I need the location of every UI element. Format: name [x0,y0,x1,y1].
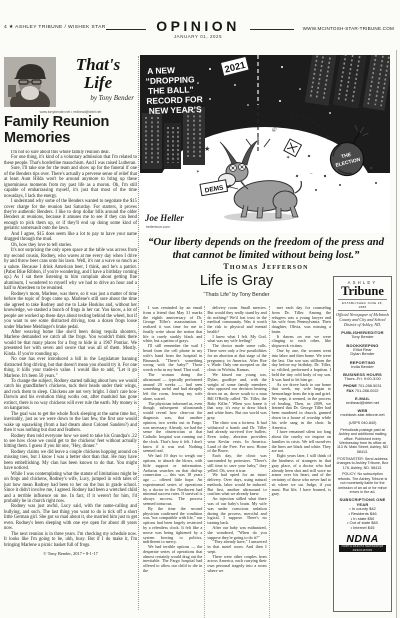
article-column-1: I was reminded by an email from a friend… [141,306,204,618]
second-article-body: I was reminded by an email from a friend… [141,306,333,618]
email-value: redhead@drtel.net [336,401,389,406]
editorial-cartoon: A NEW “DROPPING THE BALL” RECORD FOR NEW… [140,55,390,233]
svg-text:✶: ✶ [286,155,290,161]
second-article-headline: Life is Gray [140,273,333,289]
second-article-subtitle: “Thats Life” by Tony Bender [140,292,333,298]
masthead-name: Tribune [336,285,389,298]
phone-number: 701-288-5031 [358,384,382,388]
article-paragraph: Eight years later, I still think of the … [272,454,331,497]
article-copyright: © Tony Bender, 2017 • 8-1-17 [4,551,137,556]
website-url: WWW.MCINTOSH-STAR-TRIBUNE.COM [298,26,394,31]
article-paragraph: After weaving home like she'd been doing… [4,330,137,357]
ndna-logo: NDNA [336,534,389,544]
article-paragraph: To change the subject, Rodney started ta… [4,379,137,412]
masthead-established: ESTABLISHED JUNE 28, 1888 [338,299,387,311]
svg-text:✶: ✶ [196,169,200,174]
article-paragraph: The woman doing the ultrasound — typical… [143,373,202,402]
column-logo: That's Life by Tony Bender [58,56,138,102]
bookkeeper-name: Dylan Bender [336,352,389,357]
article-paragraph: It's not surprising the only open space … [4,248,137,292]
quote-attribution: Thomas Jefferson [141,262,391,271]
column-title-line2: Life [58,74,138,92]
article-paragraph: There were other couples from across Ame… [207,555,266,574]
article-body: I'm not so sure about this whole family … [4,150,137,608]
header-rule-left [106,29,146,30]
page-header-left: 4 ★ ASHLEY TRIBUNE / WISHEK STAR [4,24,106,30]
policy-notice: POLICY: No subscription refunds. The Ash… [336,472,389,494]
newspaper-page: 4 ★ ASHLEY TRIBUNE / WISHEK STAR OPINION… [0,0,400,618]
article-paragraph: I was reminded by an email from a friend… [143,306,202,344]
article-paragraph: met each day for counseling from Dr. Til… [272,306,331,335]
web-value: mcintosh-star-tribune.net [336,413,389,418]
article-paragraph: The physician informed us, even though s… [143,402,202,455]
subscription-rate: • Internet $45 [336,526,389,531]
article-paragraph: I have remained silent too long about th… [272,430,331,454]
column-title-line1: That's [58,56,138,74]
article-paragraph: The next reunion is in three years. I'm … [4,532,137,548]
article-paragraph: An injection stilled what there was of o… [207,497,266,526]
svg-text:★: ★ [204,145,210,153]
article-headline: Family Reunion Memories [4,115,137,146]
ndna-logo-subtext: NORTH DAKOTA NEWSPAPER ASSOCIATION [339,545,386,552]
periodicals-notice: Periodicals postage paid at Ashley and a… [336,428,389,454]
article-paragraph: We kissed our young son, Dylan, goodbye … [207,373,266,421]
header-rule-right [250,29,294,30]
column-byline: by Tony Bender [58,94,138,102]
fax-line: FAX 701-288-0022 [336,389,389,394]
article-paragraph: I understand why some of the Benders wan… [4,199,137,232]
article-paragraph: No one has ever introduced a bill in the… [4,357,137,379]
article-paragraph: As we drove back to our home that week, … [272,383,331,431]
article-paragraph: The doctor made some calls. There were o… [207,344,266,373]
article-paragraph: Rodney's mom, Marlene, was there, so it … [4,292,137,330]
article-paragraph: We had 10 days to weigh our options, to … [143,454,202,507]
article-paragraph: We had terrible options — the desperate … [143,545,202,574]
article-paragraph: By the time the second physician confirm… [143,507,202,545]
article-column-2: delivery room. Small mercies. But would … [204,306,268,618]
usps-number: (USPS 040-840) [336,421,389,426]
article-paragraph: The goal was to get the whole flock slee… [4,412,137,434]
cartoonist-signature: Joe Heller [144,213,184,223]
article-paragraph: We had opted for an intact delivery. Ove… [207,473,266,497]
reporter-name: India Bender [336,365,389,370]
article-column-3: met each day for counseling from Dr. Til… [269,306,333,618]
hours-value: Thurs.-Fri. 9:00-3:00 [336,377,389,382]
article-paragraph: Rodney was just awful, Lucy said, with t… [4,504,137,531]
columnist-photo-image [4,57,56,107]
quote-text: “Our liberty depends on the freedom of t… [141,236,391,261]
svg-text:@: @ [272,128,277,133]
issue-date: JANUARY 01, 2025 [150,34,246,39]
postmaster-notice: POSTMASTER: Send address changes to Ashl… [336,457,389,470]
article-paragraph: Sure, I'll take one for the team and sho… [4,166,137,199]
pull-quote: “Our liberty depends on the freedom of t… [141,236,391,271]
article-paragraph: It dawns on me we were clinging to each … [272,335,331,349]
article-paragraph: After our baby was euthanized, she wonde… [207,526,266,540]
article-paragraph: While I was contemplating what the statu… [4,472,137,505]
article-paragraph: Rodney then told everyone how we used to… [4,434,137,450]
fax-number: 701-288-0022 [355,389,379,393]
article-paragraph: The clinic was a fortress. It had withst… [207,421,266,454]
article-paragraph: Each day, the clinic was surrounded by p… [207,454,266,473]
article-paragraph: Rodney claims we did leave a couple chic… [4,450,137,472]
cartoon-caption-line: NEW YEAR’S [149,104,203,116]
article-paragraph: For one thing, it's kind of a voluntary … [4,155,137,166]
cartoonist-website: hellertoon.com [146,225,170,229]
columnist-photo [4,57,56,107]
fax-label: FAX [346,389,353,393]
cartoon-drawing: A NEW “DROPPING THE BALL” RECORD FOR NEW… [140,55,390,233]
page-edge-line [396,50,397,618]
masthead-official-text: Official Newspaper of McIntosh County an… [336,313,389,327]
column-divider [138,56,139,610]
masthead-box: ASHLEY Tribune ESTABLISHED JUNE 28, 1888… [333,276,392,612]
article-paragraph: I'll still remember the wail I heard fro… [143,344,202,373]
phone-label: PHONE [343,384,357,388]
section-title: OPINION [150,18,246,34]
article-paragraph: One by one, the women went into labor an… [272,349,331,382]
article-paragraph: delivery room. Small mercies. But would … [207,306,266,335]
publisher-name: Tony Bender [336,335,389,340]
article-paragraph: And I agree, $15 does seem like a lot to… [4,232,137,243]
article-paragraph: "They already have," I answered in that … [207,540,266,554]
